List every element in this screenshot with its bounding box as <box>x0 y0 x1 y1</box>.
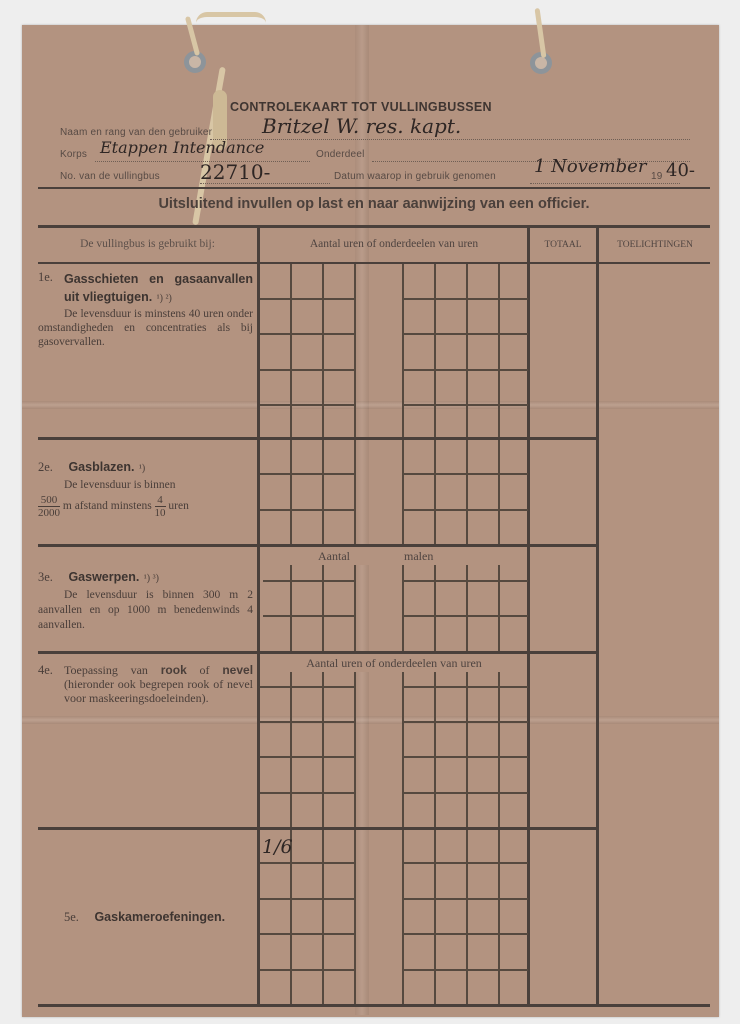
section-2-footnotes: ¹) <box>139 463 145 474</box>
column-divider-notes <box>596 228 599 1005</box>
canister-number-value[interactable]: 22710- <box>200 160 270 184</box>
grid-hline <box>263 615 355 617</box>
grid-vline <box>354 264 356 1005</box>
grid-hline <box>404 509 528 511</box>
grid-hline <box>404 969 528 971</box>
grid-hline <box>260 721 355 723</box>
section-2-title: Gasblazen. <box>68 460 134 474</box>
grid-hline <box>260 686 355 688</box>
string-loop-left <box>196 12 266 23</box>
grid-hline <box>260 756 355 758</box>
horizontal-fold-crease <box>22 716 719 724</box>
grid-vline <box>498 264 500 1005</box>
section-2-description-mid: m afstand minstens <box>63 500 152 512</box>
grid-hline <box>260 298 355 300</box>
grid-hline <box>260 509 355 511</box>
hours-fraction: 4 10 <box>155 494 166 519</box>
section-2: 2e. Gasblazen. ¹) De levensduur is binne… <box>38 458 253 519</box>
section-divider <box>38 437 598 440</box>
instruction-text: Uitsluitend invullen op last en naar aan… <box>38 196 710 212</box>
grid-vline <box>466 264 468 1005</box>
date-dotline <box>530 183 680 184</box>
grid-hline <box>260 862 355 864</box>
section-1: 1e. Gasschieten en gasaanvallen uit vlie… <box>38 270 253 349</box>
grid-hline <box>404 933 528 935</box>
header-row-rule <box>38 262 710 264</box>
grid-hline <box>260 792 355 794</box>
grid-vline <box>322 264 324 1005</box>
section-2-number: 2e. <box>38 460 64 475</box>
header-usage: De vullingbus is gebruikt bij: <box>40 238 255 250</box>
grid-hline <box>404 792 528 794</box>
year-value[interactable]: 40- <box>666 160 695 181</box>
grid-hline <box>404 756 528 758</box>
section-5: 5e. Gaskameroefeningen. <box>64 908 225 926</box>
section-4-title-rook: rook <box>161 663 187 677</box>
grid-vline <box>434 264 436 1005</box>
name-rank-dotline <box>210 139 690 140</box>
grid-hline <box>260 369 355 371</box>
grid-hline <box>404 580 528 582</box>
section-3-footnotes: ¹) ³) <box>144 573 159 584</box>
section-3-description: De levensduur is binnen 300 m 2 aanvalle… <box>38 588 253 633</box>
section-3-title: Gaswerpen. <box>68 570 139 584</box>
name-rank-value[interactable]: Britzel W. res. kapt. <box>262 114 461 138</box>
fraction-numerator: 4 <box>155 494 166 507</box>
header-hours: Aantal uren of onderdeelen van uren <box>262 238 526 250</box>
date-label: Datum waarop in gebruik genomen <box>334 171 496 182</box>
grid-hline <box>404 721 528 723</box>
section-3-header-left: Aantal <box>318 549 350 564</box>
grid-hline <box>404 333 528 335</box>
grid-vline <box>402 264 404 1005</box>
section-5-handwritten-entry[interactable]: 1/6 <box>262 836 293 858</box>
section-4-header: Aantal uren of onderdeelen van uren <box>262 656 526 671</box>
grid-hline <box>404 615 528 617</box>
grid-vline <box>290 264 292 1005</box>
column-divider-usage <box>257 228 260 1005</box>
header-total: TOTAAL <box>530 240 596 250</box>
table-bottom-rule <box>38 1004 710 1007</box>
grid-hline <box>404 898 528 900</box>
year-prefix: 19 <box>651 171 663 182</box>
section-5-title: Gaskameroefeningen. <box>94 910 225 924</box>
distance-fraction: 500 2000 <box>38 494 60 519</box>
fraction-denominator: 2000 <box>38 507 60 519</box>
section-4-number: 4e. <box>38 663 64 705</box>
document-title: CONTROLEKAART TOT VULLINGBUSSEN <box>230 100 492 114</box>
corps-label: Korps <box>60 149 87 160</box>
section-5-number: 5e. <box>64 910 90 925</box>
section-2-description-intro: De levensduur is binnen <box>38 478 253 492</box>
horizontal-fold-crease <box>22 401 719 409</box>
section-1-number: 1e. <box>38 270 64 306</box>
section-4-title-mid: of <box>200 663 210 677</box>
section-divider <box>38 827 598 830</box>
grid-hline <box>260 473 355 475</box>
section-3-header-band <box>260 547 527 565</box>
section-1-footnotes: ¹) ²) <box>157 293 172 304</box>
canister-number-label: No. van de vullingbus <box>60 171 160 182</box>
header-rule <box>38 187 710 189</box>
grid-hline <box>260 333 355 335</box>
grid-hline <box>260 404 355 406</box>
grid-hline <box>404 369 528 371</box>
corps-value[interactable]: Etappen Intendance <box>100 138 264 157</box>
section-2-description-line: 500 2000 m afstand minstens 4 10 uren <box>38 494 253 519</box>
date-value[interactable]: 1 November <box>534 156 646 177</box>
section-4-description: (hieronder ook begrepen rook of nevel vo… <box>64 677 253 705</box>
header-notes: TOELICHTINGEN <box>600 240 710 250</box>
grid-hline <box>404 473 528 475</box>
grid-hline <box>260 969 355 971</box>
grid-hline <box>260 933 355 935</box>
section-3: 3e. Gaswerpen. ¹) ³) De levensduur is bi… <box>38 568 253 633</box>
section-2-description-end: uren <box>168 500 188 512</box>
section-1-description: De levensduur is minstens 40 uren onder … <box>38 307 253 349</box>
grid-hline <box>260 898 355 900</box>
grid-hline <box>404 862 528 864</box>
fraction-numerator: 500 <box>38 494 60 507</box>
table-top-rule <box>38 225 710 228</box>
section-4-title-pre: Toepassing van <box>64 663 148 677</box>
grid-hline <box>404 298 528 300</box>
grid-hline <box>404 686 528 688</box>
unit-label: Onderdeel <box>316 149 365 160</box>
grid-hline <box>404 404 528 406</box>
section-3-header-right: malen <box>404 549 433 564</box>
section-4: 4e. Toepassing van rook of nevel (hieron… <box>38 663 253 705</box>
fraction-denominator: 10 <box>155 507 166 519</box>
grid-hline <box>263 580 355 582</box>
name-rank-label: Naam en rang van den gebruiker <box>60 127 212 138</box>
section-3-number: 3e. <box>38 570 64 585</box>
section-4-title-nevel: nevel <box>222 663 253 677</box>
